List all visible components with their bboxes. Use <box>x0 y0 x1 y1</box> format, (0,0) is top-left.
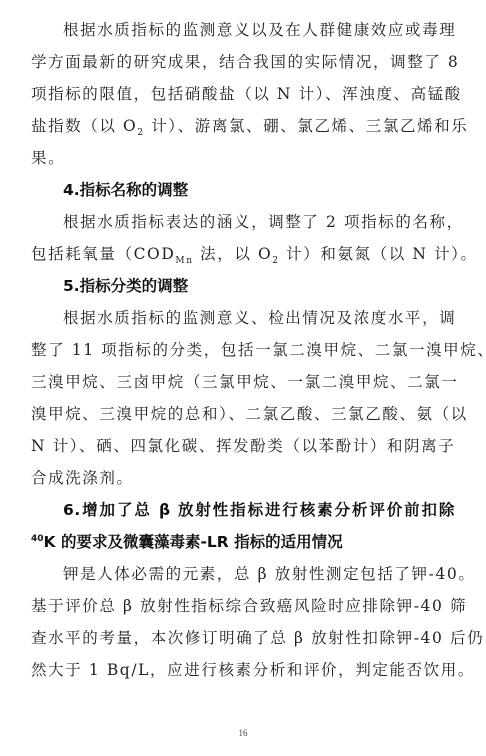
paragraph-line: 学方面最新的研究成果，结合我国的实际情况，调整了 8 <box>31 46 455 78</box>
paragraph-line: 查水平的考量，本次修订明确了总 β 放射性扣除钾-40 后仍 <box>31 622 455 654</box>
superscript: 40 <box>31 534 44 544</box>
paragraph-line: 然大于 1 Bq/L，应进行核素分析和评价，判定能否饮用。 <box>31 654 455 686</box>
paragraph-line: 果。 <box>31 142 455 174</box>
subscript: 2 <box>137 128 144 138</box>
text-segment: 盐指数（以 O <box>31 117 137 135</box>
document-page: 根据水质指标的监测意义以及在人群健康效应或毒理 学方面最新的研究成果，结合我国的… <box>31 14 455 686</box>
paragraph-line: 根据水质指标的监测意义、检出情况及浓度水平，调 <box>31 302 455 334</box>
paragraph-line: 三溴甲烷、三卤甲烷（三氯甲烷、一氯二溴甲烷、二氯一 <box>31 366 455 398</box>
section-heading-6: 6.增加了总 β 放射性指标进行核素分析评价前扣除 <box>31 494 455 526</box>
section-heading-5: 5.指标分类的调整 <box>31 270 455 302</box>
text-segment: 计）、游离氯、硼、氯乙烯、三氯乙烯和乐 <box>145 117 469 135</box>
subscript: Mn <box>175 256 193 266</box>
paragraph-line: 基于评价总 β 放射性指标综合致癌风险时应排除钾-40 筛 <box>31 590 455 622</box>
section-heading-4: 4.指标名称的调整 <box>31 174 455 206</box>
text-segment: K 的要求及微囊藻毒素-LR 指标的适用情况 <box>44 533 343 551</box>
page-number: 16 <box>0 728 486 738</box>
paragraph-line: 溴甲烷、三溴甲烷的总和）、二氯乙酸、三氯乙酸、氨（以 <box>31 398 455 430</box>
paragraph-line: N 计）、硒、四氯化碳、挥发酚类（以苯酚计）和阴离子 <box>31 430 455 462</box>
text-segment: 计）和氨氮（以 N 计）。 <box>280 245 478 263</box>
paragraph-line: 项指标的限值，包括硝酸盐（以 N 计）、浑浊度、高锰酸 <box>31 78 455 110</box>
paragraph-line: 根据水质指标的监测意义以及在人群健康效应或毒理 <box>31 14 455 46</box>
paragraph-line: 盐指数（以 O2 计）、游离氯、硼、氯乙烯、三氯乙烯和乐 <box>31 110 455 142</box>
paragraph-line: 合成洗涤剂。 <box>31 462 455 494</box>
paragraph-line: 包括耗氧量（CODMn 法，以 O2 计）和氨氮（以 N 计）。 <box>31 238 455 270</box>
section-heading-6-continued: 40K 的要求及微囊藻毒素-LR 指标的适用情况 <box>31 526 455 558</box>
text-segment: 法，以 O <box>194 245 273 263</box>
paragraph-line: 整了 11 项指标的分类，包括一氯二溴甲烷、二氯一溴甲烷、 <box>31 334 455 366</box>
paragraph-line: 钾是人体必需的元素，总 β 放射性测定包括了钾-40。 <box>31 558 455 590</box>
subscript: 2 <box>272 256 279 266</box>
text-segment: 包括耗氧量（COD <box>31 245 175 263</box>
paragraph-line: 根据水质指标表达的涵义，调整了 2 项指标的名称， <box>31 206 455 238</box>
